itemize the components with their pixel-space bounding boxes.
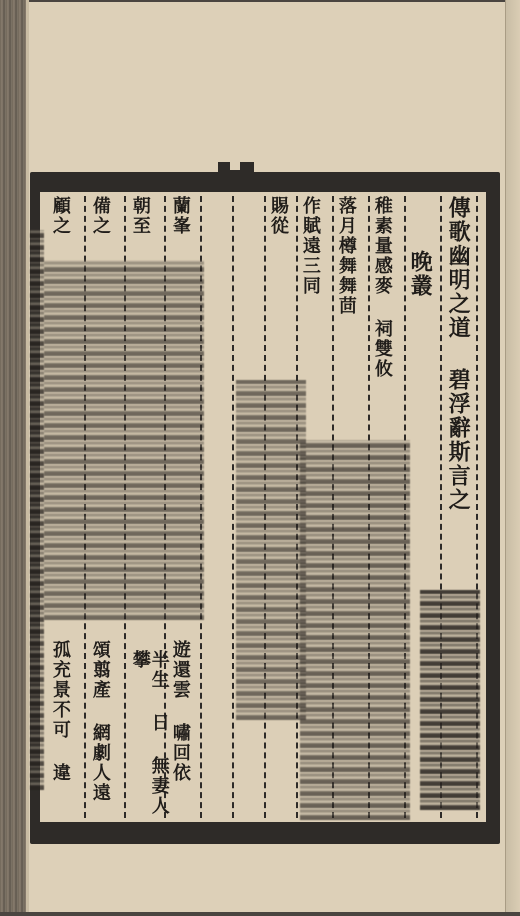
column-rule (232, 196, 235, 818)
bottom-fragment-d: 孤充景不可 違 (50, 640, 69, 820)
bottom-fragment-a: 遊還雲 嘯回依 (170, 640, 189, 820)
ink-smear (420, 590, 480, 810)
bottom-fragment-b: 半生 日 無妻人攀 (130, 650, 168, 820)
page-right-edge (505, 0, 520, 916)
ink-smear-left (30, 230, 44, 790)
book-spine (0, 0, 28, 916)
fishtail-notch (230, 162, 240, 170)
bottom-fragment-c: 頌翦產 網劇人遠 (90, 640, 109, 820)
scan-top-edge (0, 0, 520, 2)
ink-smear (44, 260, 204, 620)
ink-smear (236, 380, 306, 720)
scan-bottom-edge (0, 912, 520, 916)
bottom-rule (40, 822, 486, 825)
spine-edge (26, 0, 29, 916)
ink-smear (300, 440, 410, 820)
book-page: 傳歌幽明之道 碧浮辭斯言之 晚叢 稚素量感麥 祠雙攸 落月樽舞舞茴 作賦遠三同 … (0, 0, 520, 916)
